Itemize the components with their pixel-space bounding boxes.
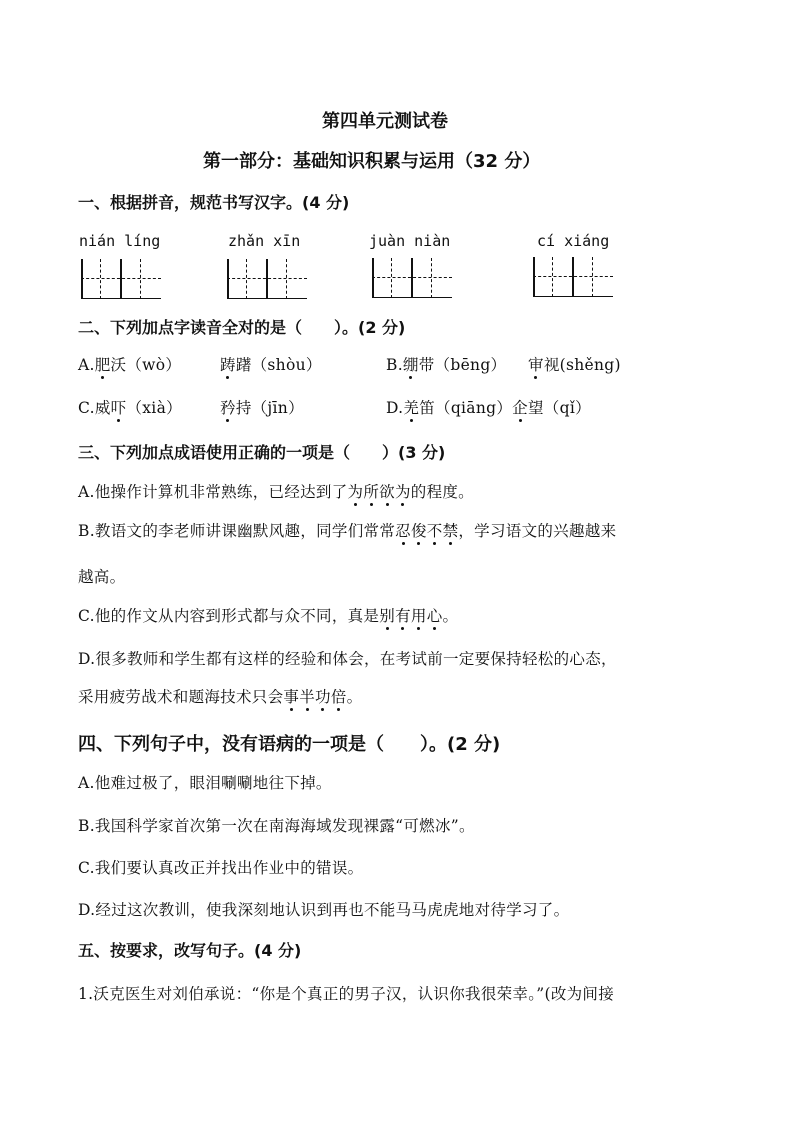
dotted-char: 羌 xyxy=(403,396,419,418)
q2-option-d[interactable]: D.羌笛（qiāng）企望（qǐ） xyxy=(386,396,591,418)
part1-title: 第一部分：基础知识积累与运用（32 分） xyxy=(203,147,540,173)
q4-option-b[interactable]: B.我国科学家首次第一次在南海海域发现裸露“可燃冰”。 xyxy=(78,814,475,836)
pinyin-4: cí xiáng xyxy=(537,232,609,250)
pinyin: (shěng) xyxy=(560,356,621,374)
pinyin-1: nián líng xyxy=(79,232,160,250)
q3-option-c[interactable]: C.他的作文从内容到形式都与众不同，真是别有用心。 xyxy=(78,604,458,626)
q2-option-c[interactable]: C.威吓（xià） xyxy=(78,396,182,418)
char: 望 xyxy=(528,399,544,417)
sentence: B.教语文的李老师讲课幽默风趣，同学们常常 xyxy=(78,522,395,540)
sentence: 的程度。 xyxy=(411,483,474,501)
dotted-char: 功 xyxy=(315,685,331,707)
dotted-char: 有 xyxy=(395,604,411,626)
q2-option-b2: 审视(shěng) xyxy=(528,353,621,375)
pinyin: （qiāng） xyxy=(435,399,512,417)
option-label: D. xyxy=(386,399,403,417)
char: 笛 xyxy=(419,399,435,417)
pinyin: （jīn） xyxy=(252,399,304,417)
dotted-char: 忍 xyxy=(395,519,411,541)
q3-option-b[interactable]: B.教语文的李老师讲课幽默风趣，同学们常常忍俊不禁，学习语文的兴趣越来 xyxy=(78,519,616,541)
dotted-char: 事 xyxy=(283,685,299,707)
writing-grid-2[interactable] xyxy=(227,259,307,299)
q3-heading: 三、下列加点成语使用正确的一项是（ ）(3 分) xyxy=(78,440,445,463)
pinyin: （wò） xyxy=(126,356,181,374)
dotted-char: 半 xyxy=(299,685,315,707)
q4-option-c[interactable]: C.我们要认真改正并找出作业中的错误。 xyxy=(78,856,363,878)
writing-grid-3[interactable] xyxy=(372,258,452,298)
option-label: B. xyxy=(386,356,403,374)
dotted-char: 不 xyxy=(427,519,443,541)
sentence: 采用疲劳战术和题海技术只会 xyxy=(78,688,283,706)
dotted-char: 审 xyxy=(528,353,544,375)
dotted-char: 别 xyxy=(379,604,395,626)
dotted-char: 俊 xyxy=(411,519,427,541)
dotted-char: 吓 xyxy=(111,396,127,418)
sentence: 。 xyxy=(443,607,459,625)
writing-grid-1[interactable] xyxy=(81,259,161,299)
q2-heading: 二、下列加点字读音全对的是（ ）。(2 分) xyxy=(78,315,405,338)
dotted-char: 肥 xyxy=(95,353,111,375)
q4-heading: 四、下列句子中，没有语病的一项是（ ）。(2 分) xyxy=(78,730,500,756)
char: 躇 xyxy=(236,356,252,374)
option-label: A. xyxy=(78,356,95,374)
char: 带 xyxy=(419,356,435,374)
char: 持 xyxy=(236,399,252,417)
dotted-char: 为 xyxy=(348,480,364,502)
dotted-char: 欲 xyxy=(379,480,395,502)
q4-option-a[interactable]: A.他难过极了，眼泪唰唰地往下掉。 xyxy=(78,771,332,793)
q2-option-a[interactable]: A.肥沃（wò） xyxy=(78,353,181,375)
sentence: 。 xyxy=(347,688,363,706)
q3-option-d[interactable]: D.很多教师和学生都有这样的经验和体会，在考试前一定要保持轻松的心态， xyxy=(78,647,617,669)
option-label: C. xyxy=(78,399,95,417)
q3-option-b-line2: 越高。 xyxy=(78,565,125,587)
exam-title: 第四单元测试卷 xyxy=(322,107,448,133)
char: 沃 xyxy=(111,356,127,374)
q2-option-b[interactable]: B.绷带（bēng） xyxy=(386,353,506,375)
char: 威 xyxy=(95,399,111,417)
pinyin: （qǐ） xyxy=(544,399,591,417)
dotted-char: 倍 xyxy=(331,685,347,707)
pinyin: （xià） xyxy=(126,399,181,417)
q3-option-d-line2: 采用疲劳战术和题海技术只会事半功倍。 xyxy=(78,685,362,707)
dotted-char: 绷 xyxy=(403,353,419,375)
dotted-char: 心 xyxy=(427,604,443,626)
dotted-char: 用 xyxy=(411,604,427,626)
q2-option-c2: 矜持（jīn） xyxy=(220,396,304,418)
writing-grid-4[interactable] xyxy=(533,257,613,297)
sentence: A.他操作计算机非常熟练，已经达到了 xyxy=(78,483,348,501)
dotted-char: 禁 xyxy=(443,519,459,541)
char: 视 xyxy=(544,356,560,374)
dotted-char: 矜 xyxy=(220,396,236,418)
dotted-char: 所 xyxy=(363,480,379,502)
q1-heading: 一、根据拼音，规范书写汉字。(4 分) xyxy=(78,190,349,213)
pinyin: （bēng） xyxy=(435,356,507,374)
dotted-char: 企 xyxy=(512,396,528,418)
dotted-char: 为 xyxy=(395,480,411,502)
pinyin: （shòu） xyxy=(252,356,322,374)
q4-option-d[interactable]: D.经过这次教训，使我深刻地认识到再也不能马马虎虎地对待学习了。 xyxy=(78,898,569,920)
pinyin-3: juàn niàn xyxy=(369,232,450,250)
q2-option-a2: 踌躇（shòu） xyxy=(220,353,322,375)
q5-item-1: 1.沃克医生对刘伯承说：“你是个真正的男子汉，认识你我很荣幸。”(改为间接 xyxy=(78,982,614,1004)
pinyin-2: zhǎn xīn xyxy=(228,232,300,250)
q3-option-a[interactable]: A.他操作计算机非常熟练，已经达到了为所欲为的程度。 xyxy=(78,480,474,502)
dotted-char: 踌 xyxy=(220,353,236,375)
q5-heading: 五、按要求，改写句子。(4 分) xyxy=(78,938,301,961)
sentence: C.他的作文从内容到形式都与众不同，真是 xyxy=(78,607,379,625)
sentence: ，学习语文的兴趣越来 xyxy=(458,522,616,540)
